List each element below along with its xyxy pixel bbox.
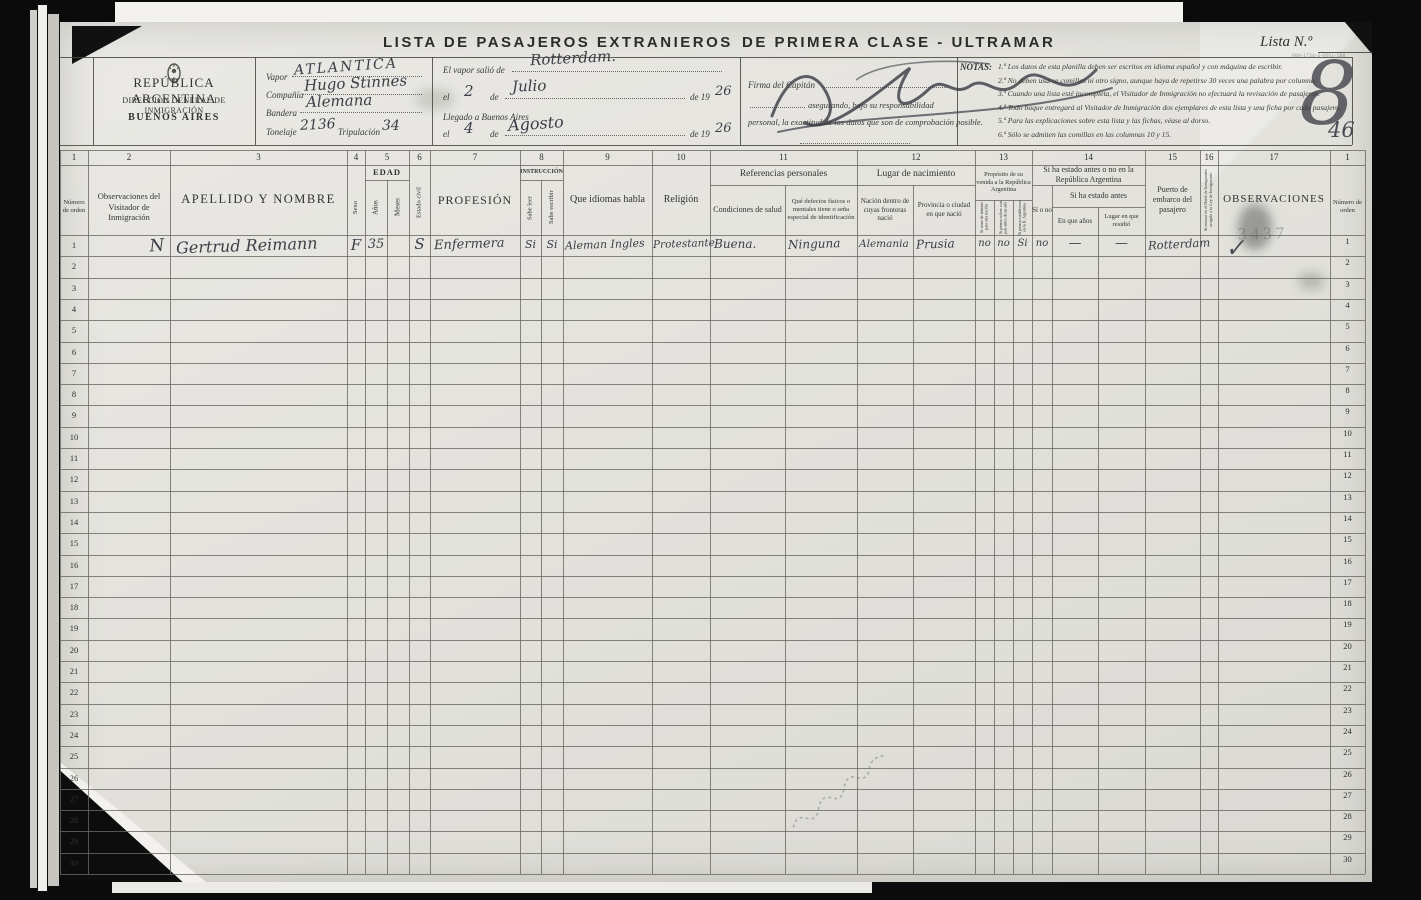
- row-number-left: 21: [60, 666, 88, 676]
- header-estado-antes: Si ha estado antes o no en la República …: [1032, 165, 1145, 185]
- column-number: 8: [520, 152, 563, 162]
- column-number: 6: [409, 152, 430, 162]
- row-number-right: 12: [1330, 470, 1365, 480]
- grid-line-horizontal: [60, 491, 1365, 492]
- row-number-right: 9: [1330, 406, 1365, 416]
- entry-salud: Buena.: [714, 237, 756, 251]
- entry-nacion: Alemania: [859, 238, 909, 250]
- grid-line-horizontal: [60, 640, 1365, 641]
- grid-line-horizontal: [60, 746, 1365, 747]
- grid-line-horizontal: [60, 512, 1365, 513]
- row-number-right: 14: [1330, 513, 1365, 523]
- row-number-right: 15: [1330, 534, 1365, 544]
- header-edad: EDAD: [365, 165, 409, 180]
- grid-line-horizontal: [60, 320, 1365, 321]
- header-proposito-sub1: Si viene de tránsito para otra nación: [975, 200, 994, 235]
- row-number-left: 27: [60, 794, 88, 804]
- header-salud: Condiciones de salud: [712, 185, 783, 235]
- grid-line-horizontal: [60, 555, 1365, 556]
- grid-line-horizontal: [60, 427, 1365, 428]
- row-number-right: 26: [1330, 769, 1365, 779]
- page-stack-edge: [48, 14, 59, 886]
- entry-sabe-leer: Si: [520, 238, 541, 251]
- grid-line-vertical: [994, 200, 995, 874]
- column-number: 5: [365, 152, 409, 162]
- column-number: 17: [1218, 152, 1330, 162]
- grid-line-horizontal: [60, 576, 1365, 577]
- row-number-right: 19: [1330, 619, 1365, 629]
- column-number: 11: [710, 152, 857, 162]
- grid-line-horizontal: [60, 384, 1365, 385]
- grid-line-horizontal: [60, 342, 1365, 343]
- row-number-left: 13: [60, 496, 88, 506]
- header-orden-right: Número de orden: [1330, 182, 1365, 232]
- row-number-right: 30: [1330, 854, 1365, 864]
- header-nacimiento: Lugar de nacimiento: [857, 165, 975, 185]
- row-number-left: 28: [60, 815, 88, 825]
- row-number-right: 2: [1330, 257, 1365, 267]
- row-number-right: 1: [1330, 236, 1365, 246]
- grid-line-vertical: [1052, 185, 1053, 874]
- grid-line-horizontal: [60, 597, 1365, 598]
- grid-line-horizontal: [60, 810, 1365, 811]
- row-number-right: 4: [1330, 300, 1365, 310]
- column-number: 15: [1145, 152, 1200, 162]
- entry-provincia: Prusia: [916, 236, 955, 251]
- row-number-right: 25: [1330, 747, 1365, 757]
- grid-line-horizontal: [60, 363, 1365, 364]
- row-number-right: 27: [1330, 790, 1365, 800]
- header-defectos: Qué defectos físicos o mentales tiene o …: [786, 185, 856, 235]
- row-number-left: 17: [60, 581, 88, 591]
- row-number-right: 8: [1330, 385, 1365, 395]
- header-anos: Años: [365, 180, 387, 235]
- entry-visitador-mark: N: [143, 235, 170, 257]
- row-number-right: 16: [1330, 556, 1365, 566]
- grid-line-vertical: [1013, 200, 1014, 874]
- grid-line-horizontal: [60, 278, 1365, 279]
- header-puerto: Puerto de embarco del pasajero: [1145, 165, 1200, 235]
- entry-estado-civil: S: [409, 235, 430, 253]
- column-number: 4: [347, 152, 365, 162]
- row-number-left: 2: [60, 261, 88, 271]
- entry-observacion-check: ✓: [1224, 233, 1246, 263]
- grid-line-vertical: [913, 185, 914, 874]
- row-number-left: 8: [60, 389, 88, 399]
- grid-line-horizontal: [60, 150, 1365, 151]
- entry-prop3: Si: [1013, 238, 1032, 249]
- grid-line-horizontal: [60, 533, 1365, 534]
- entry-en-que-anos: —: [1052, 236, 1098, 251]
- row-number-left: 15: [60, 538, 88, 548]
- row-number-right: 13: [1330, 492, 1365, 502]
- header-sexo: Sexo: [347, 182, 365, 234]
- entry-estuvo-antes: no: [1032, 238, 1052, 249]
- row-number-left: 14: [60, 517, 88, 527]
- header-ha-estado: Si ha estado antes: [1052, 185, 1145, 207]
- header-visitador: Observaciones del Visitador de Inmigraci…: [90, 180, 168, 234]
- grid-line-horizontal: [60, 789, 1365, 790]
- entry-lugar-residio: —: [1098, 236, 1145, 251]
- row-number-right: 3: [1330, 279, 1365, 289]
- column-number: 9: [563, 152, 652, 162]
- grid-line-horizontal: [60, 448, 1365, 449]
- column-number: 10: [652, 152, 710, 162]
- header-proposito-sub2: Si piensa volver a su país antes de un a…: [994, 200, 1013, 235]
- column-number: 3: [170, 152, 347, 162]
- grid-line-horizontal: [60, 682, 1365, 683]
- grid-line-horizontal: [60, 256, 1365, 257]
- column-number: 12: [857, 152, 975, 162]
- entry-sabe-escribir: Si: [541, 238, 563, 251]
- header-nombre: APELLIDO Y NOMBRE: [170, 165, 347, 235]
- grid-line-horizontal: [60, 299, 1365, 300]
- row-number-right: 20: [1330, 641, 1365, 651]
- header-sabe-leer: Sabe leer: [520, 180, 541, 235]
- grid-line-vertical: [541, 180, 542, 874]
- grid-line-horizontal: [60, 704, 1365, 705]
- scanned-passenger-list: LISTA DE PASAJEROS EXTRANIEROS DE PRIMER…: [0, 0, 1421, 900]
- top-page-edge: [115, 2, 1183, 23]
- entry-idiomas: Aleman Ingles: [565, 237, 645, 253]
- header-idiomas: Que idiomas habla: [563, 165, 652, 235]
- row-number-left: 20: [60, 645, 88, 655]
- row-number-left: 26: [60, 773, 88, 783]
- column-number: 7: [430, 152, 520, 162]
- row-number-left: 23: [60, 709, 88, 719]
- grid-line-horizontal: [60, 874, 1365, 875]
- passenger-list-sheet: LISTA DE PASAJEROS EXTRANIEROS DE PRIMER…: [60, 22, 1372, 882]
- row-number-left: 10: [60, 432, 88, 442]
- grid-line-vertical: [785, 185, 786, 874]
- grid-line-horizontal: [60, 768, 1365, 769]
- row-number-left: 29: [60, 836, 88, 846]
- row-number-right: 28: [1330, 811, 1365, 821]
- table-grid: 1234567891011121314151617111223344556677…: [60, 22, 1372, 882]
- column-number: 16: [1200, 152, 1218, 162]
- header-provincia: Provincia o ciudad en que nació: [914, 185, 974, 235]
- row-number-left: 7: [60, 368, 88, 378]
- header-estado-civil: Estado civil: [409, 172, 430, 234]
- page-stack-edge: [30, 10, 37, 888]
- grid-line-horizontal: [60, 725, 1365, 726]
- row-number-left: 11: [60, 453, 88, 463]
- registry-stamp: 3437: [1238, 224, 1288, 245]
- row-number-left: 24: [60, 730, 88, 740]
- grid-line-horizontal: [60, 469, 1365, 470]
- row-number-left: 9: [60, 410, 88, 420]
- row-number-left: 12: [60, 474, 88, 484]
- row-number-right: 10: [1330, 428, 1365, 438]
- grid-line-horizontal: [60, 405, 1365, 406]
- row-number-right: 17: [1330, 577, 1365, 587]
- header-profesion: PROFESIÓN: [430, 165, 520, 235]
- row-number-right: 29: [1330, 832, 1365, 842]
- row-number-right: 21: [1330, 662, 1365, 672]
- header-proposito: Propósito de su venida a la República Ar…: [975, 165, 1032, 200]
- page-stack-edge: [38, 5, 47, 891]
- header-orden: Número de orden: [60, 182, 88, 232]
- row-number-right: 22: [1330, 683, 1365, 693]
- grid-line-horizontal: [60, 618, 1365, 619]
- row-number-right: 23: [1330, 705, 1365, 715]
- column-number: 2: [88, 152, 170, 162]
- header-si-o-no: Sí o no: [1032, 185, 1052, 235]
- column-number: 13: [975, 152, 1032, 162]
- entry-religion: Protestante: [653, 237, 715, 251]
- row-number-right: 6: [1330, 343, 1365, 353]
- header-meses: Meses: [387, 180, 409, 235]
- row-number-left: 18: [60, 602, 88, 612]
- row-number-left: 4: [60, 304, 88, 314]
- grid-line-vertical: [387, 180, 388, 874]
- row-number-left: 19: [60, 623, 88, 633]
- row-number-right: 18: [1330, 598, 1365, 608]
- header-en-que-anos: En que años: [1052, 207, 1098, 235]
- grid-line-vertical: [1098, 207, 1099, 874]
- row-number-left: 5: [60, 325, 88, 335]
- header-religion: Religión: [652, 165, 710, 235]
- header-lugar-residio: Lugar en que residió: [1098, 207, 1145, 235]
- header-sabe-escribir: Sabe escribir: [541, 180, 563, 235]
- row-number-left: 1: [60, 240, 88, 250]
- column-number: 1: [60, 152, 88, 162]
- entry-profesion: Enfermera: [434, 236, 505, 253]
- row-number-left: 25: [60, 751, 88, 761]
- column-number: 1: [1330, 152, 1365, 162]
- row-number-left: 16: [60, 560, 88, 570]
- entry-defectos: Ninguna: [788, 236, 841, 252]
- row-number-right: 5: [1330, 321, 1365, 331]
- header-proposito-sub3: Si piensa establecerse en la R. Argentin…: [1013, 200, 1032, 235]
- entry-prop2: no: [994, 238, 1013, 249]
- grid-line-horizontal: [60, 831, 1365, 832]
- grid-line-horizontal: [60, 661, 1365, 662]
- row-number-left: 6: [60, 347, 88, 357]
- entry-prop1: no: [975, 238, 994, 249]
- header-hotel: Si entrará en el Hotel de Inmigrantes ac…: [1200, 167, 1218, 233]
- grid-line-vertical: [1365, 150, 1366, 874]
- column-number: 14: [1032, 152, 1145, 162]
- header-instruccion: INSTRUCCIÓN: [520, 165, 563, 180]
- header-referencias: Referencias personales: [710, 165, 857, 185]
- grid-line-horizontal: [60, 853, 1365, 854]
- row-number-right: 24: [1330, 726, 1365, 736]
- header-nacion: Nación dentro de cuyas fronteras nació: [858, 185, 912, 235]
- row-number-left: 3: [60, 283, 88, 293]
- row-number-left: 22: [60, 687, 88, 697]
- row-number-right: 7: [1330, 364, 1365, 374]
- row-number-left: 30: [60, 858, 88, 868]
- entry-anos: 35: [363, 237, 389, 252]
- row-number-right: 11: [1330, 449, 1365, 459]
